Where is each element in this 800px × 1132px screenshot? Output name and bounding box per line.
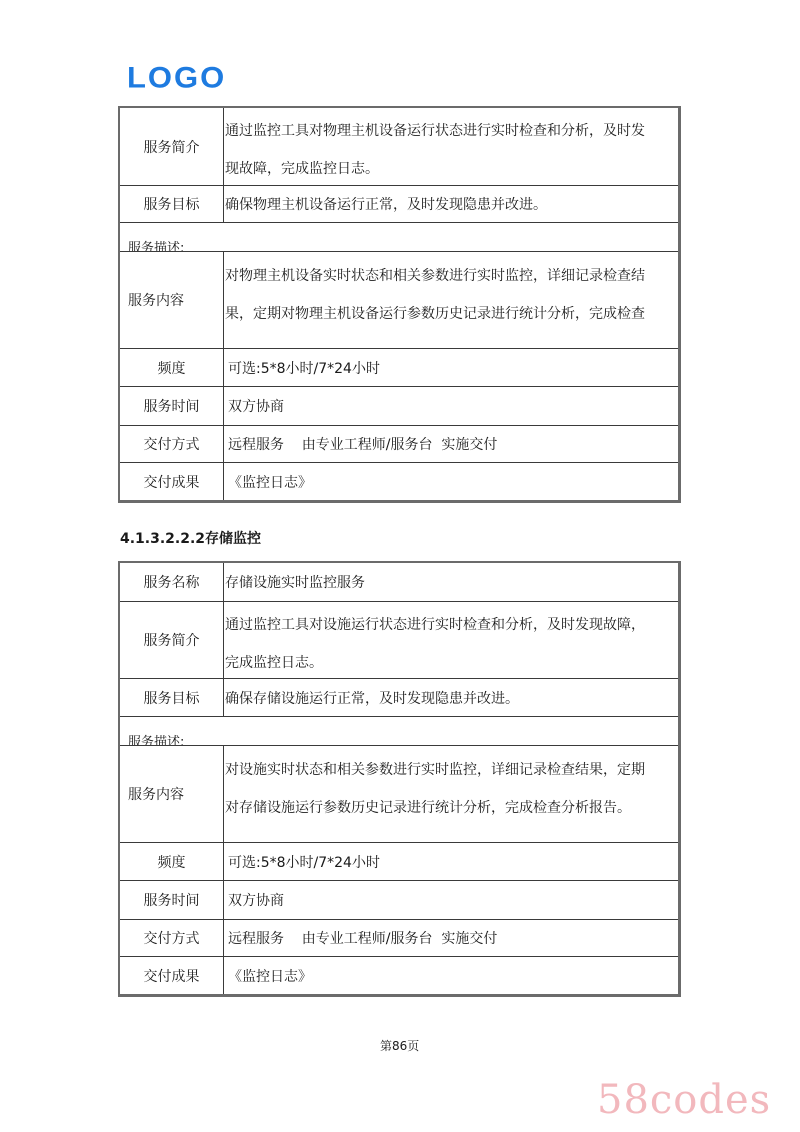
table-row: 频度 可选:5*8小时/7*24小时 xyxy=(120,842,678,880)
row-value: 通过监控工具对设施运行状态进行实时检查和分析，及时发现故障， 完成监控日志。 xyxy=(224,602,678,678)
value-line: 果，定期对物理主机设备运行参数历史记录进行统计分析，完成检查 xyxy=(225,295,678,333)
row-label: 频度 xyxy=(120,843,224,880)
physical-host-monitoring-table: 服务简介 通过监控工具对物理主机设备运行状态进行实时检查和分析，及时发 现故障，… xyxy=(118,106,681,503)
service-description-row: 服务描述: xyxy=(120,222,678,251)
row-value: 存储设施实时监控服务 xyxy=(224,563,678,601)
row-value: 对物理主机设备实时状态和相关参数进行实时监控，详细记录检查结 果，定期对物理主机… xyxy=(224,252,678,348)
table-row: 服务目标 确保物理主机设备运行正常，及时发现隐患并改进。 xyxy=(120,185,678,222)
row-label: 交付方式 xyxy=(120,426,224,462)
page-number: 第86页 xyxy=(380,1037,419,1054)
table-row: 交付方式 远程服务 由专业工程师/服务台 实施交付 xyxy=(120,919,678,956)
table-row: 服务时间 双方协商 xyxy=(120,386,678,425)
table-row: 服务内容 对物理主机设备实时状态和相关参数进行实时监控，详细记录检查结 果，定期… xyxy=(120,251,678,348)
row-label: 交付成果 xyxy=(120,463,224,500)
row-label: 交付成果 xyxy=(120,957,224,994)
row-value: 确保存储设施运行正常，及时发现隐患并改进。 xyxy=(224,679,678,716)
row-label: 服务描述: xyxy=(128,731,184,745)
table-row: 服务简介 通过监控工具对物理主机设备运行状态进行实时检查和分析，及时发 现故障，… xyxy=(120,108,678,185)
row-value: 确保物理主机设备运行正常，及时发现隐患并改进。 xyxy=(224,186,678,222)
row-label: 服务内容 xyxy=(120,746,224,842)
row-label: 频度 xyxy=(120,349,224,386)
table-row: 服务简介 通过监控工具对设施运行状态进行实时检查和分析，及时发现故障， 完成监控… xyxy=(120,601,678,678)
logo: LOGO xyxy=(127,63,226,92)
row-label: 服务时间 xyxy=(120,387,224,425)
row-value: 对设施实时状态和相关参数进行实时监控，详细记录检查结果，定期 对存储设施运行参数… xyxy=(224,746,678,842)
table-row: 服务目标 确保存储设施运行正常，及时发现隐患并改进。 xyxy=(120,678,678,716)
table-row: 服务名称 存储设施实时监控服务 xyxy=(120,563,678,601)
row-label: 服务目标 xyxy=(120,679,224,716)
row-label: 服务时间 xyxy=(120,881,224,919)
row-label: 服务描述: xyxy=(128,237,184,251)
value-line: 对物理主机设备实时状态和相关参数进行实时监控，详细记录检查结 xyxy=(225,257,678,295)
row-label: 服务内容 xyxy=(120,252,224,348)
row-label: 交付方式 xyxy=(120,920,224,956)
row-value: 双方协商 xyxy=(224,881,678,919)
watermark: 58codes xyxy=(597,1080,771,1120)
row-label: 服务名称 xyxy=(120,563,224,601)
row-value: 可选:5*8小时/7*24小时 xyxy=(224,843,678,880)
row-value: 双方协商 xyxy=(224,387,678,425)
row-value: 《监控日志》 xyxy=(224,463,678,500)
storage-monitoring-table: 服务名称 存储设施实时监控服务 服务简介 通过监控工具对设施运行状态进行实时检查… xyxy=(118,561,681,997)
row-value: 通过监控工具对物理主机设备运行状态进行实时检查和分析，及时发 现故障，完成监控日… xyxy=(224,108,678,185)
row-value: 远程服务 由专业工程师/服务台 实施交付 xyxy=(224,920,678,956)
row-label: 服务简介 xyxy=(120,108,224,185)
value-line: 通过监控工具对设施运行状态进行实时检查和分析，及时发现故障， xyxy=(225,606,678,644)
row-label: 服务目标 xyxy=(120,186,224,222)
table-row: 交付成果 《监控日志》 xyxy=(120,956,678,994)
table-row: 服务内容 对设施实时状态和相关参数进行实时监控，详细记录检查结果，定期 对存储设… xyxy=(120,745,678,842)
value-line: 现故障，完成监控日志。 xyxy=(225,150,678,188)
row-value: 可选:5*8小时/7*24小时 xyxy=(224,349,678,386)
section-heading: 4.1.3.2.2.2存储监控 xyxy=(120,528,261,548)
value-line: 完成监控日志。 xyxy=(225,644,678,682)
table-row: 频度 可选:5*8小时/7*24小时 xyxy=(120,348,678,386)
row-value: 《监控日志》 xyxy=(224,957,678,994)
table-row: 服务时间 双方协商 xyxy=(120,880,678,919)
value-line: 对存储设施运行参数历史记录进行统计分析，完成检查分析报告。 xyxy=(225,789,678,827)
table-row: 交付方式 远程服务 由专业工程师/服务台 实施交付 xyxy=(120,425,678,462)
value-line: 通过监控工具对物理主机设备运行状态进行实时检查和分析，及时发 xyxy=(225,112,678,150)
row-value: 远程服务 由专业工程师/服务台 实施交付 xyxy=(224,426,678,462)
table-row: 交付成果 《监控日志》 xyxy=(120,462,678,500)
row-label: 服务简介 xyxy=(120,602,224,678)
value-line: 对设施实时状态和相关参数进行实时监控，详细记录检查结果，定期 xyxy=(225,751,678,789)
service-description-row: 服务描述: xyxy=(120,716,678,745)
